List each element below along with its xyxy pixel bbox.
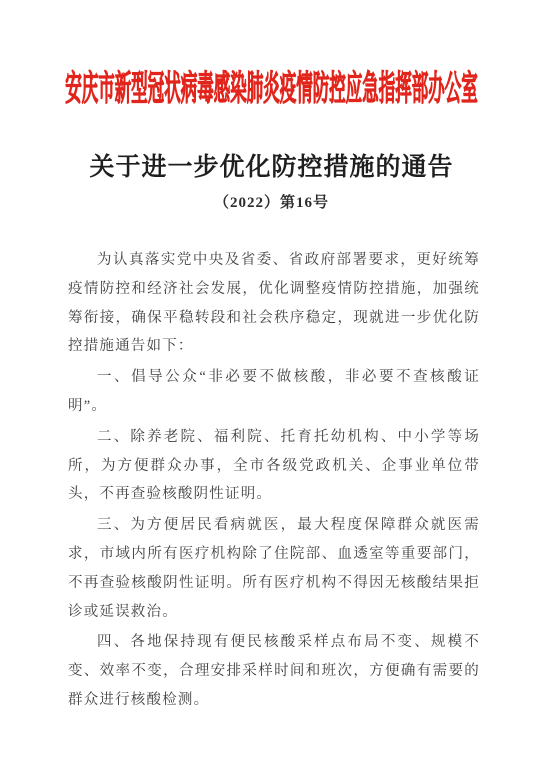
notice-title: 关于进一步优化防控措施的通告 xyxy=(0,152,543,182)
notice-body: 为认真落实党中央及省委、省政府部署要求，更好统筹疫情防控和经济社会发展，优化调整… xyxy=(68,246,480,717)
item-2-paragraph: 二、除养老院、福利院、托育托幼机构、中小学等场所，为方便群众办事，全市各级党政机… xyxy=(68,423,480,509)
item-3-paragraph: 三、为方便居民看病就医，最大程度保障群众就医需求，市域内所有医疗机构除了住院部、… xyxy=(68,511,480,626)
document-number: （2022）第16号 xyxy=(0,193,543,213)
item-4-paragraph: 四、各地保持现有便民核酸采样点布局不变、规模不变、效率不变，合理安排采样时间和班… xyxy=(68,628,480,714)
item-1-paragraph: 一、倡导公众“非必要不做核酸，非必要不查核酸证明”。 xyxy=(68,363,480,421)
issuing-authority-header: 安庆市新型冠状病毒感染肺炎疫情防控应急指挥部办公室 xyxy=(0,73,543,109)
intro-paragraph: 为认真落实党中央及省委、省政府部署要求，更好统筹疫情防控和经济社会发展，优化调整… xyxy=(68,246,480,361)
notice-document-page: 安庆市新型冠状病毒感染肺炎疫情防控应急指挥部办公室 关于进一步优化防控措施的通告… xyxy=(0,0,543,768)
